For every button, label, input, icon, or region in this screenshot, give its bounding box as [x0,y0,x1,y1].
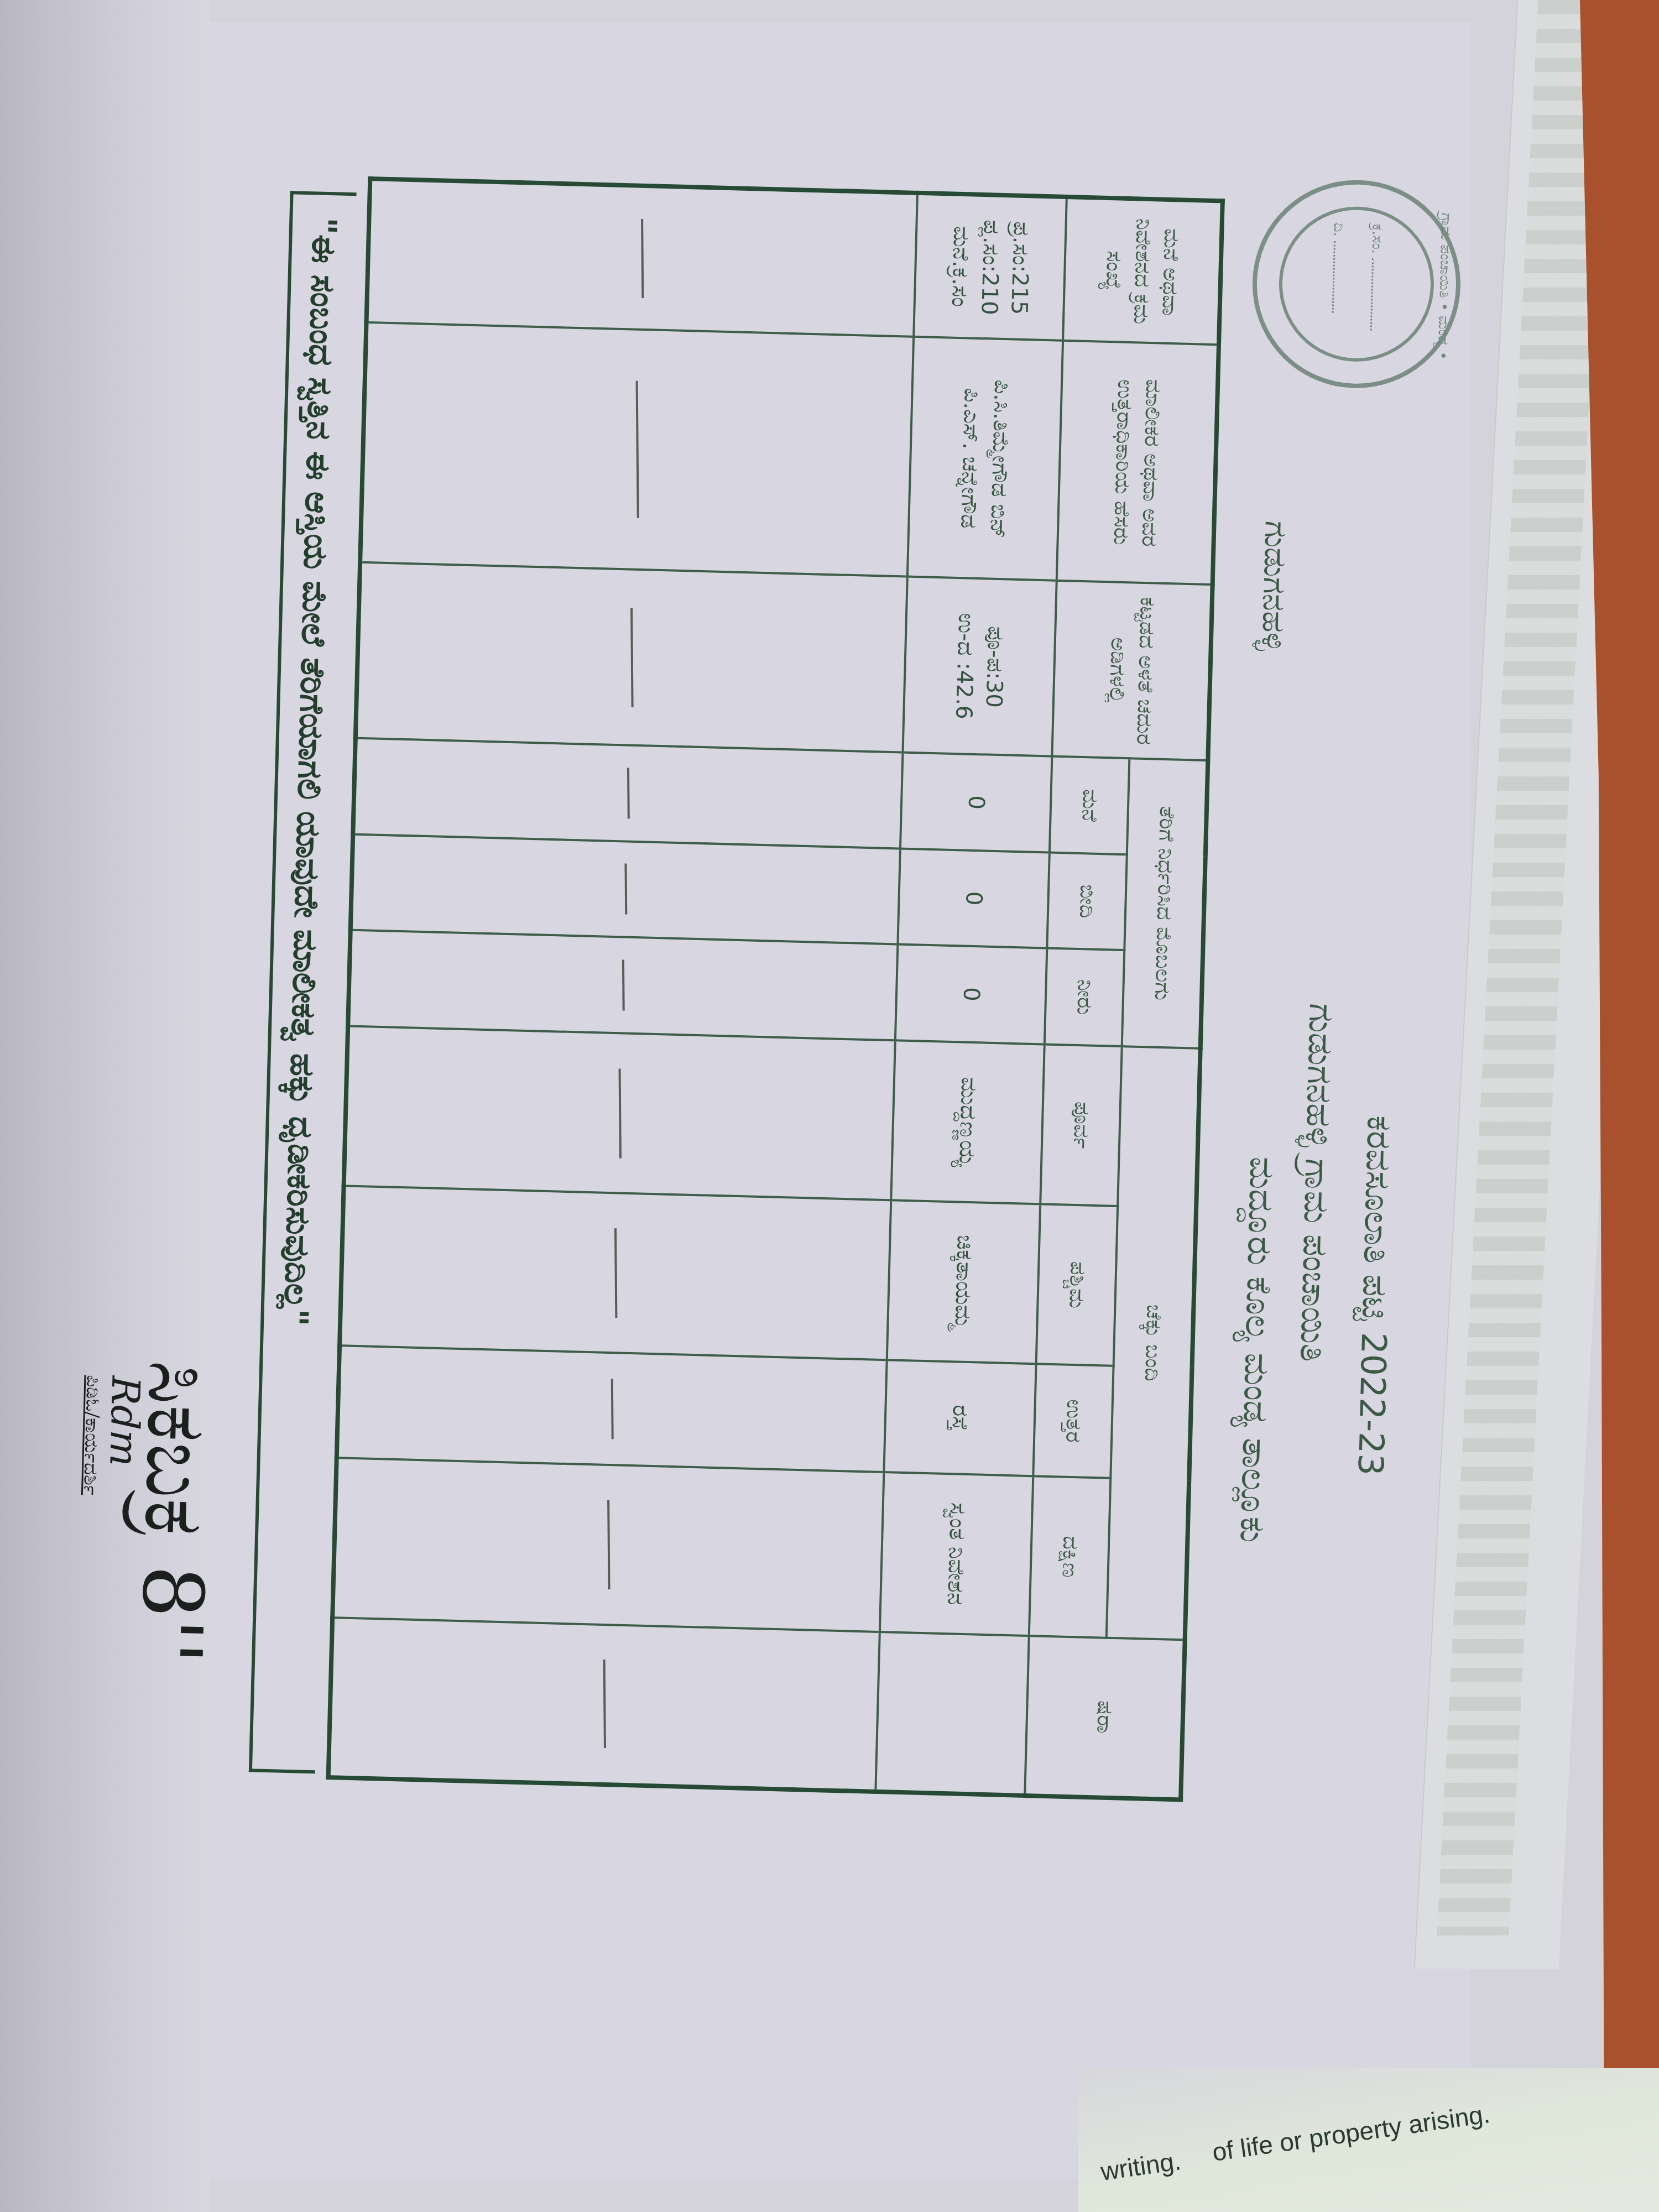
cell-owner: ಪಿ.ಸಿ.ತಿಮ್ಮೇಗೌಡ ಬಿನ್ ಪಿ.ಎಸ್. ಚನ್ನೇಗೌಡ [907,337,1063,581]
footer-text-writing: writing. [1099,2146,1183,2187]
village-label: ಗುಡುಗನಹಳ್ಳಿ [1254,520,1294,652]
strike-mark [619,1068,622,1158]
strike-mark [641,219,644,298]
signature: Rdm [101,1375,148,1467]
strike-mark [603,1660,606,1748]
header-owner: ಮಾಲೀಕರ ಅಥವಾ ಅವರ ಉತ್ತರಾಧಿಕಾರಿಯ ಹೆಸರು [1057,341,1219,585]
cell-dimensions: ಪೂ-ಪ:30 ಉ-ದ :42.6 [902,577,1056,757]
cell-west: ಚಿಕ್ಕತಾಯಮ್ಮ [887,1200,1040,1364]
header-dimensions: ಕಟ್ಟಡದ ಅಳತೆ ಚದುರ ಅಡಿಗಳಲ್ಲಿ [1052,581,1212,760]
stamp-paper-footer: writing. of life or property arising. [1078,2068,1659,2212]
strike-mark [614,1228,617,1318]
seal-field-date: ದಿ. [1328,222,1347,313]
header-tax-group: ತೆರಿಗೆ ನಿರ್ಧರಿಸಿದ ಮೊಬಲಗು [1122,758,1208,1048]
doc-panchayat: ಗುಡುಗನಹಳ್ಳಿ ಗ್ರಾಮ ಪಂಚಾಯಿತಿ [1292,1003,1342,1363]
header-boundary-group: ಚೆಕ್ಕು ಬಂದಿ [1107,1046,1201,1640]
header-north: ಉತ್ತರ [1033,1364,1113,1478]
strike-mark [622,959,625,1010]
strike-mark [630,608,634,707]
cell-remarks [875,1632,1029,1796]
strike-mark [636,381,639,518]
cell-south: ಸ್ವಂತ ನಿವೇಶನ [880,1472,1033,1636]
header-tax-water: ನೀರು [1045,948,1124,1046]
seal-field-number: ಕ್ರ.ಸಂ. [1366,223,1386,330]
cell-tax-house: 0 [900,753,1052,853]
strike-mark [627,768,630,818]
cell-tax-street: 0 [898,848,1049,948]
cell-north: ರಸ್ತೆ [884,1360,1036,1475]
footer-text-property: of life or property arising. [1211,2099,1492,2167]
table-row-struck [328,179,917,1792]
cell-east: ಮುದ್ದಣ್ಣಯ್ಯ [891,1040,1044,1204]
header-tax-house: ಮನೆ [1050,757,1129,854]
cell-house-no: ಪ್ರ.ಸಂ:215 ಪ್ಲ.ಸಂ:210 ಮನೆ.ಕ್ರ.ಸಂ [914,193,1067,341]
signature-designation: ಪಿಡಿಓ/ಕಾರ್ಯದರ್ಶಿ [79,1375,105,1495]
strike-mark [611,1379,614,1439]
header-tax-street: ಬೀದಿ [1047,852,1126,950]
seal-inner-ring [1277,205,1436,363]
header-south: ದಕ್ಷಿಣ [1029,1476,1111,1638]
header-east: ಪೂರ್ವ [1040,1044,1122,1206]
cell-tax-water: 0 [895,945,1047,1045]
tax-table: ಮನೆ ಅಥವಾ ನಿವೇಶನದ ಕ್ರಮ ಸಂಖ್ಯೆ ಮಾಲೀಕರ ಅಥವಾ… [326,176,1225,1802]
official-seal-icon: ಗ್ರಾಮ ಪಂಚಾಯಿತಿ • ಮಂಡ್ಯ • ಕ್ರ.ಸಂ. ದಿ. [1250,178,1463,391]
header-remarks: ಷರಾ [1025,1636,1185,1800]
doc-title: ಕರವಸೂಲಾತಿ ಪಟ್ಟಿ 2022-23 [1350,1115,1400,1476]
doc-taluk: ಮದ್ದೂರು ಕೊಲ್ಯ ಮಂಡ್ಯ ತಾಲ್ಲೂಕು [1232,1156,1282,1543]
header-west: ಪಶ್ಚಿಮ [1036,1204,1118,1366]
tax-register-page: ಕರವಸೂಲಾತಿ ಪಟ್ಟಿ 2022-23 ಗುಡುಗನಹಳ್ಳಿ ಗ್ರಾ… [128,61,1449,1974]
header-house-no: ಮನೆ ಅಥವಾ ನಿವೇಶನದ ಕ್ರಮ ಸಂಖ್ಯೆ [1063,197,1223,345]
strike-mark [624,864,627,915]
strike-mark [607,1500,610,1589]
